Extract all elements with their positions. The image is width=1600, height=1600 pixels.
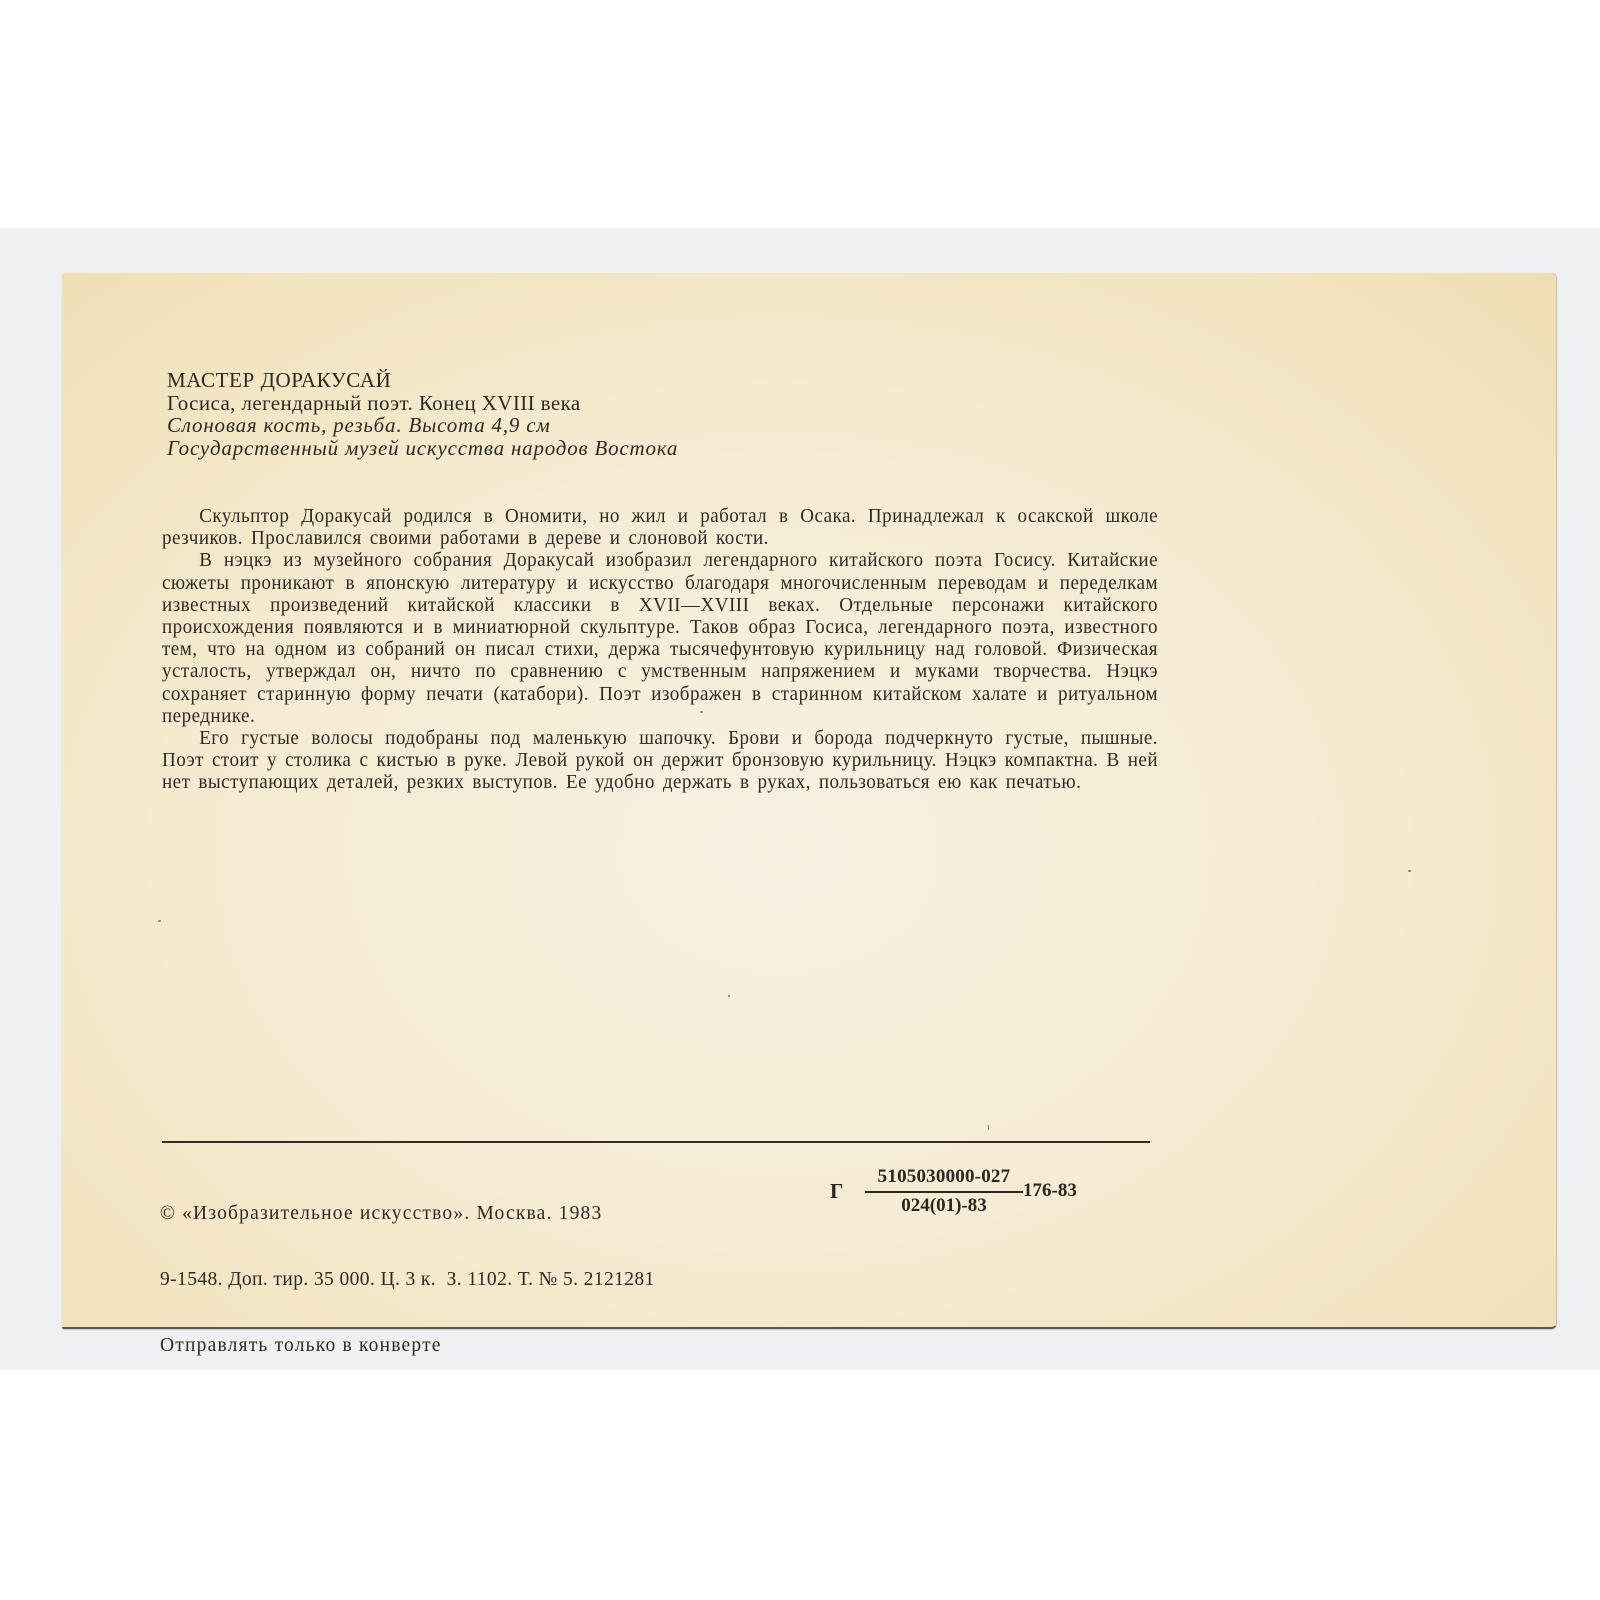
description-paragraph: В нэцкэ из музейного собрания Доракусай … bbox=[162, 549, 1158, 727]
fraction-bar bbox=[865, 1191, 1023, 1193]
paper-speck bbox=[1408, 870, 1411, 872]
index-suffix: 176-83 bbox=[1023, 1180, 1077, 1202]
postcard-back: МАСТЕР ДОРАКУСАЙ Госиса, легендарный поэ… bbox=[62, 273, 1557, 1329]
artwork-museum: Государственный музей искусства народов … bbox=[167, 437, 1067, 460]
publisher-line: © «Изобразительное искусство». Москва. 1… bbox=[160, 1203, 655, 1225]
artwork-material: Слоновая кость, резьба. Высота 4,9 см bbox=[167, 414, 1067, 437]
print-info-line: 9-1548. Доп. тир. 35 000. Ц. 3 к. З. 110… bbox=[160, 1269, 655, 1291]
footer-divider bbox=[162, 1141, 1150, 1143]
index-fraction: 5105030000-027 024(01)-83 bbox=[865, 1167, 1023, 1216]
paper-speck bbox=[988, 1125, 989, 1130]
description-paragraph: Скульптор Доракусай родился в Ономити, н… bbox=[162, 505, 1158, 549]
description-paragraph: Его густые волосы подобраны под маленьку… bbox=[162, 727, 1158, 794]
paper-speck bbox=[728, 995, 730, 997]
index-numerator: 5105030000-027 bbox=[865, 1167, 1023, 1187]
artwork-caption: МАСТЕР ДОРАКУСАЙ Госиса, легендарный поэ… bbox=[167, 369, 1067, 459]
imprint-block: © «Изобразительное искусство». Москва. 1… bbox=[160, 1159, 655, 1401]
mailing-note: Отправлять только в конверте bbox=[160, 1335, 655, 1357]
paper-speck bbox=[158, 920, 161, 922]
index-denominator: 024(01)-83 bbox=[865, 1196, 1023, 1216]
artist-title: МАСТЕР ДОРАКУСАЙ bbox=[167, 369, 1067, 392]
description-text: Скульптор Доракусай родился в Ономити, н… bbox=[162, 505, 1158, 794]
index-prefix: Г bbox=[830, 1179, 843, 1204]
artwork-subtitle: Госиса, легендарный поэт. Конец XVIII ве… bbox=[167, 392, 1067, 415]
